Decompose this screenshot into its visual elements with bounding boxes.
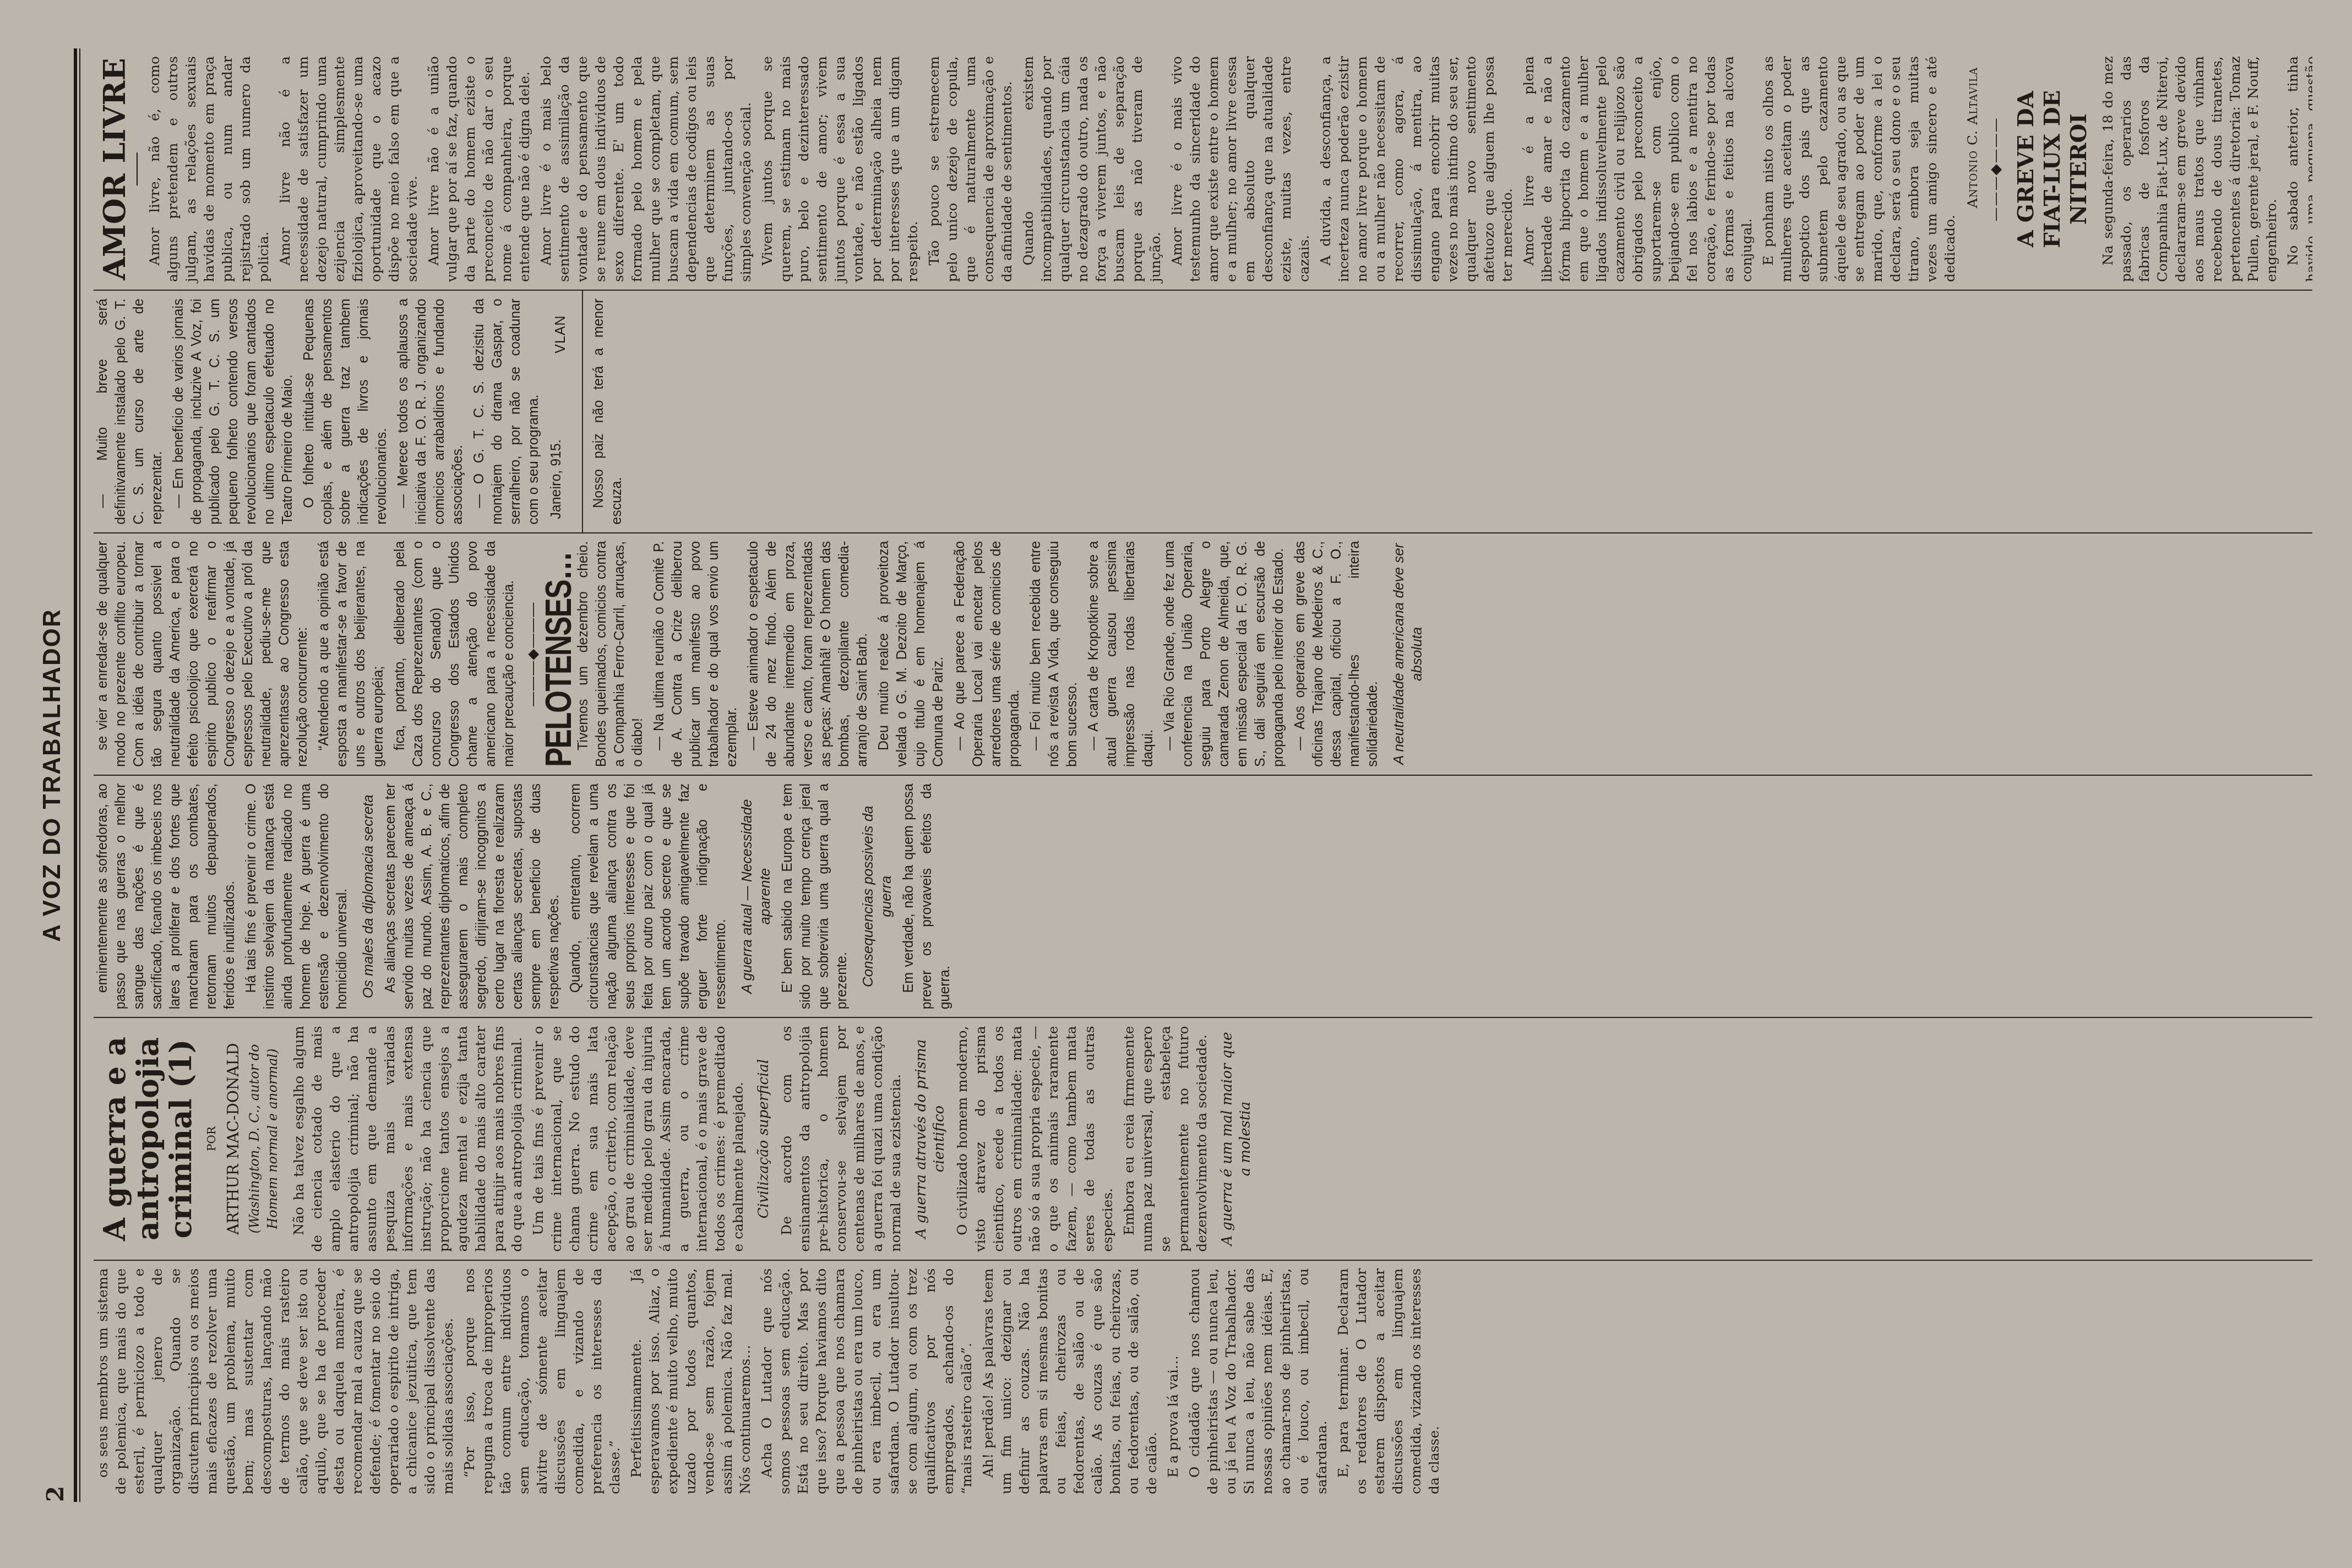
column-6: AMOR LIVRE Amor livre, não é, como algun… [94,48,2312,291]
dateline: Janeiro, 915. VLAN [547,304,575,519]
paragraph: De acordo com os ensinamentos da antropo… [777,1026,905,1251]
signature-altavila: Antonio C. Altavila [1963,67,1981,282]
paragraph: Amor livre, não é, como alguns pretendem… [145,56,273,282]
column-3: eminentemente as sofredoras, ao passo qu… [94,776,2312,1018]
paragraph: A duvida, a desconfiança, a incerteza nu… [1316,56,1516,282]
paragraph: — Muito breve será definitivamente insta… [94,298,166,524]
headline-dash [137,153,138,186]
paragraph: Em verdade, não ha quem possa prever os … [900,783,954,1009]
paragraph: Há tais fins é prevenir o crime. O insti… [242,783,351,1009]
paragraph: Deu muito realce á proveitoza velada o G… [875,541,948,767]
paragraph: Ah! perdão! As palavras teem um fim unic… [979,1268,1161,1494]
paragraph: O cidadão que nos chamou de pinheiristas… [1185,1268,1331,1494]
paragraph: se vier a enredar-se de qualquer modo no… [94,541,312,767]
article-headline-pelotenses: PELOTENSES… [549,586,568,767]
column-4: se vier a enredar-se de qualquer modo no… [94,533,2312,776]
article-headline-greve-fiat-lux: A GREVE DA FIAT-LUX DE NITEROI [2013,56,2092,282]
byline-por: POR [203,1026,221,1251]
paragraph: eminentemente as sofredoras, ao passo qu… [94,783,239,1009]
subheading: Os males da diplomacia secreta [359,783,377,1009]
newspaper-title: A VOZ DO TRABALHADOR [39,48,66,1502]
paragraph: os seus membros um sistema de polemica, … [94,1268,457,1494]
paragraph: Não ha talvez esgalho algum de ciencia c… [290,1026,526,1251]
masthead-rule-thin [79,48,80,1502]
masthead: 2 A VOZ DO TRABALHADOR [39,48,83,1502]
paragraph: Tão pouco se estremecem pelo unico dezej… [925,56,1016,282]
paragraph: O folheto intitula-se Pequenas coplas, e… [300,298,391,524]
column-5: — Muito breve será definitivamente insta… [94,291,2312,533]
column-rule [582,291,583,532]
paragraph: O civilizado homem moderno, visto atrave… [953,1026,1117,1251]
subheading: A neutralidade americana deve ser absolu… [1390,541,1426,767]
paragraph: — A carta de Kropotkine sobre a atual gu… [1085,541,1157,767]
paragraph: Amor livre não é a união vulgar que por … [424,56,533,282]
paragraph: Acha O Lutador que nós somos pessoas sem… [758,1268,976,1494]
paragraph: — Via Rio Grande, onde fez uma conferenc… [1161,541,1288,767]
subheading: A guerra é um mal maior que a molestia [1218,1026,1255,1251]
paragraph: No sabado anterior, tinha havido uma peq… [2284,56,2312,282]
byline-note: (Washington, D. C., autor do Homem norma… [246,1026,282,1251]
paragraph: — Esteve animador o espetaculo de 24 do … [744,541,872,767]
paragraph: — Aos operarios em greve das oficinas Tr… [1291,541,1382,767]
paragraph: Tivemos um dezembro cheio. Bondes queima… [574,541,647,767]
date: Janeiro, 915. [547,439,575,519]
article-headline-guerra-antropolojia: A guerra e a antropolojia criminal (1) [98,1026,197,1251]
paragraph: As alianças secretas parecem ter servido… [382,783,563,1009]
subheading: A guerra através do prisma cientifico [912,1026,949,1251]
paragraph: fica, portanto, deliberado pela Caza dos… [391,541,518,767]
signature-vlan: VLAN [552,315,570,353]
masthead-rule [74,48,77,1502]
paragraph: — Na ultima reunião o Comité P. de A. Co… [650,541,741,767]
subheading: Civilização superficial [755,1026,773,1251]
article-headline-amor-livre: AMOR LIVRE [98,56,131,282]
paragraph: — Ao que parece a Federação Operaria Loc… [951,541,1023,767]
column-2: A guerra e a antropolojia criminal (1) P… [94,1018,2312,1260]
paragraph: E a prova lá vai… [1164,1268,1182,1494]
newspaper-page: 2 A VOZ DO TRABALHADOR os seus membros u… [0,0,2352,1568]
paragraph: Nosso paiz não terá a menor escuza. [590,298,626,524]
column-1: os seus membros um sistema de polemica, … [94,1261,2312,1502]
paragraph: Amor livre é a plena liberdade de amar e… [1520,56,1756,282]
paragraph: Quando, entretanto, ocorrem circunstanci… [567,783,730,1009]
paragraph: — Foi muito bem recebida entre nós a rev… [1027,541,1081,767]
paragraph: Um de tais fins é prevenir o crime inter… [529,1026,747,1251]
paragraph: Amor livre é o mais belo sentimento de a… [537,56,755,282]
paragraph: E' bem sabido na Europa e tem sido por m… [778,783,851,1009]
byline-author: ARTHUR MAC-DONALD [224,1026,242,1251]
paragraph: — Merece todos os aplausos a iniciativa … [394,298,467,524]
paragraph: Na segunda-feira, 18 do mez passado, os … [2099,56,2280,282]
paragraph: Perfeitissimamente. Já esperavamos por i… [627,1268,754,1494]
paragraph: Amor livre é o mais vivo testemunho da s… [1168,56,1313,282]
paragraph: Embora eu creia firmemente numa paz univ… [1120,1026,1211,1251]
paragraph: Amor livre não é a necessidade de satisf… [276,56,421,282]
subheading: Consequencias possiveis da guerra [859,783,895,1009]
paragraph: E ponham nisto os olhos as mulheres que … [1759,56,1959,282]
subheading: A guerra atual — Necessidade aparente [738,783,774,1009]
paragraph: — O G. T. C. S. dezistiu da montajem do … [470,298,543,524]
paragraph: “Por isso, porque nos repugna a troca de… [460,1268,624,1494]
paragraph: E, para terminar. Declaram os redatores … [1334,1268,1443,1494]
paragraph: — Em beneficio de varios jornais de prop… [170,298,297,524]
columns: os seus membros um sistema de polemica, … [94,48,2312,1502]
paragraph: “Atendendo a que a opinião está esposta … [315,541,388,767]
paragraph: Quando existem incompatibilidades, quand… [1019,56,1164,282]
ornament-divider: ———◆——— [1987,56,2005,282]
paragraph: Vivem juntos porque se querem, se estima… [758,56,922,282]
